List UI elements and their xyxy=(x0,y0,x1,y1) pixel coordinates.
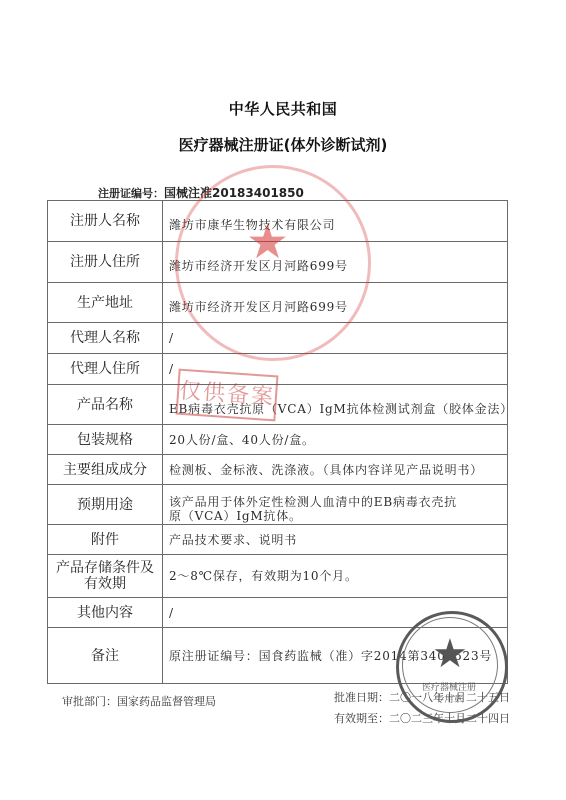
table-row: 代理人住所 / xyxy=(48,354,508,385)
row-label: 预期用途 xyxy=(48,485,163,525)
row-value: EB病毒衣壳抗原（VCA）IgM抗体检测试剂盒（胶体金法） xyxy=(163,385,508,425)
row-label: 附件 xyxy=(48,525,163,555)
row-value: 检测板、金标液、洗涤液。（具体内容详见产品说明书） xyxy=(163,455,508,485)
registration-number-label: 注册证编号： xyxy=(98,187,164,200)
row-value: 潍坊市经济开发区月河路699号 xyxy=(163,242,508,283)
row-value: / xyxy=(163,323,508,354)
registration-number-value: 国械注准20183401850 xyxy=(164,186,304,200)
table-row: 其他内容 / xyxy=(48,598,508,628)
table-row: 备注 原注册证编号：国食药监械（准）字2014第3401523号 xyxy=(48,628,508,684)
certificate-table: 注册人名称 潍坊市康华生物技术有限公司 注册人住所 潍坊市经济开发区月河路699… xyxy=(47,200,508,684)
table-row: 附件 产品技术要求、说明书 xyxy=(48,525,508,555)
row-label: 产品存储条件及有效期 xyxy=(48,555,163,598)
row-label: 代理人住所 xyxy=(48,354,163,385)
row-value: 产品技术要求、说明书 xyxy=(163,525,508,555)
row-label: 注册人名称 xyxy=(48,201,163,242)
registration-number-line: 注册证编号：国械注准20183401850 xyxy=(98,184,304,201)
table-row: 代理人名称 / xyxy=(48,323,508,354)
row-value: 2～8℃保存，有效期为10个月。 xyxy=(163,555,508,598)
valid-until-date: 有效期至：二〇二三年十月二十四日 xyxy=(334,710,510,726)
row-label: 主要组成成分 xyxy=(48,455,163,485)
table-row: 注册人住所 潍坊市经济开发区月河路699号 xyxy=(48,242,508,283)
table-row: 产品名称 EB病毒衣壳抗原（VCA）IgM抗体检测试剂盒（胶体金法） xyxy=(48,385,508,425)
row-label: 注册人住所 xyxy=(48,242,163,283)
row-value: 潍坊市康华生物技术有限公司 xyxy=(163,201,508,242)
row-label: 备注 xyxy=(48,628,163,684)
row-label: 生产地址 xyxy=(48,283,163,323)
row-value: / xyxy=(163,354,508,385)
document-certificate-title: 医疗器械注册证(体外诊断试剂) xyxy=(0,134,566,155)
approval-date: 批准日期：二〇一八年十月二十五日 xyxy=(334,689,510,705)
table-row: 生产地址 潍坊市经济开发区月河路699号 xyxy=(48,283,508,323)
table-row: 产品存储条件及有效期 2～8℃保存，有效期为10个月。 xyxy=(48,555,508,598)
table-row: 主要组成成分 检测板、金标液、洗涤液。（具体内容详见产品说明书） xyxy=(48,455,508,485)
row-value: 潍坊市经济开发区月河路699号 xyxy=(163,283,508,323)
row-label: 包装规格 xyxy=(48,425,163,455)
table-row: 注册人名称 潍坊市康华生物技术有限公司 xyxy=(48,201,508,242)
table-row: 包装规格 20人份/盒、40人份/盒。 xyxy=(48,425,508,455)
table-row: 预期用途 该产品用于体外定性检测人血清中的EB病毒衣壳抗原（VCA）IgM抗体。 xyxy=(48,485,508,525)
row-label: 其他内容 xyxy=(48,598,163,628)
row-value: / xyxy=(163,598,508,628)
row-label: 代理人名称 xyxy=(48,323,163,354)
row-label: 产品名称 xyxy=(48,385,163,425)
row-value: 20人份/盒、40人份/盒。 xyxy=(163,425,508,455)
row-value: 原注册证编号：国食药监械（准）字2014第3401523号 xyxy=(163,628,508,684)
document-country-title: 中华人民共和国 xyxy=(0,98,566,119)
row-value: 该产品用于体外定性检测人血清中的EB病毒衣壳抗原（VCA）IgM抗体。 xyxy=(163,485,508,525)
approval-department: 审批部门：国家药品监督管理局 xyxy=(62,693,216,709)
